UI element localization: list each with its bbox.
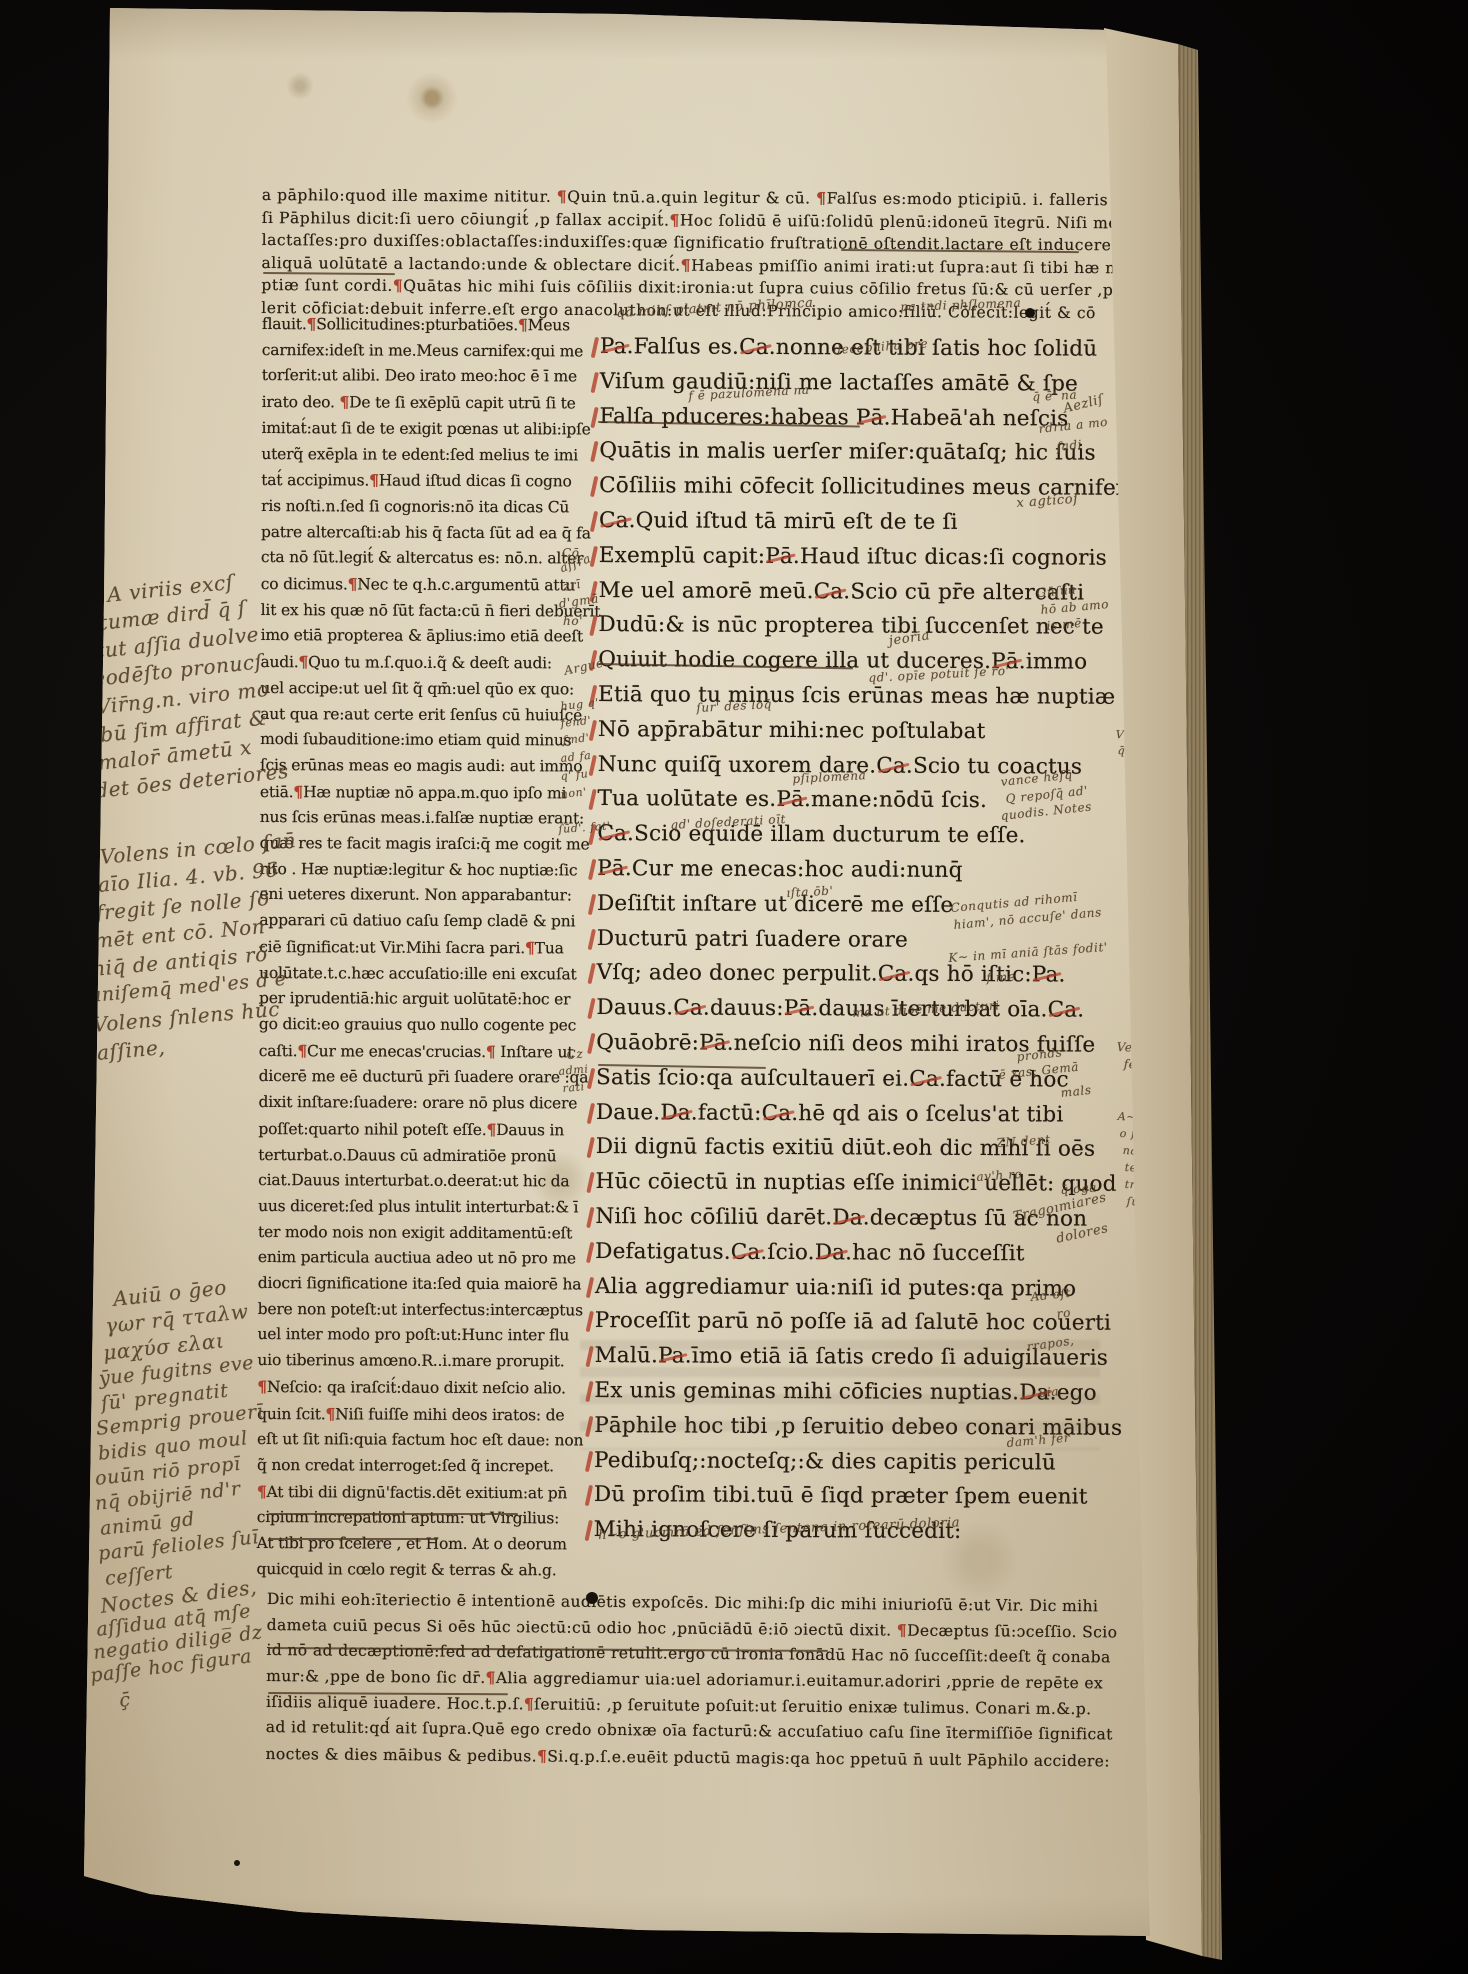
commentary-line: uel inter modo pro poſt:ut:Hunc inter fl…: [257, 1322, 597, 1349]
commentary-line: At tibi pro ſcelere , et Hom. At o deoru…: [257, 1531, 597, 1558]
commentary-line: uolūtate.t.c.hæc accuſatio:ille eni excu…: [259, 961, 599, 988]
commentary-line: carnifex:ideſt in me.Meus carnifex:qui m…: [262, 338, 602, 365]
handwritten-note: f me: [986, 969, 1016, 985]
commentary-line: ¶At tibi dii dignū'factis.dēt exitium:at…: [257, 1479, 597, 1507]
commentary-line: cta nō ſūt.legit́ & altercatus es: nō.n.…: [261, 545, 601, 572]
verse-line: Quātis in malis uerſer miſer:quātaſq; hi…: [593, 434, 1128, 472]
commentary-line: bere non poteſt:ut interfectus:intercæpt…: [258, 1297, 598, 1324]
commentary-line: dicerē me eē ducturū pr̄i ſuadere orare …: [259, 1064, 599, 1091]
commentary-left-column: flauit.¶Sollicitudines:pturbatiōes.¶Meus…: [256, 311, 601, 1584]
ink-dot: [586, 1592, 598, 1604]
handwritten-note: ro: [1056, 1306, 1072, 1321]
commentary-line: quin ſcit.¶Niſi fuiſſe mihi deos iratos:…: [257, 1401, 597, 1429]
verse-line: Pā.Cur me enecas:hoc audi:nunq̄: [591, 852, 1126, 890]
handwritten-note: Cz: [566, 1047, 584, 1062]
commentary-line: eſt ut ſit niſi:quia factum hoc eſt daue…: [257, 1427, 597, 1454]
commentary-line: go dicit:eo grauius quo nullo cogente pe…: [259, 1012, 599, 1039]
commentary-line: patre altercaſti:ab his q̄ facta ſūt ad …: [261, 520, 601, 547]
commentary-line: uio tiberinus amœno.R..i.mare prorupit.: [257, 1348, 597, 1375]
commentary-line: per iprudentiā:hic arguit uolūtatē:hoc e…: [259, 986, 599, 1013]
verse-line: Exemplū capit:Pā.Haud iſtuc dicas:ſi cog…: [593, 539, 1128, 577]
handwritten-note: fadi: [1056, 437, 1083, 454]
handwritten-note: aſſine,: [96, 1035, 166, 1065]
book-page: a pāphilo:quod ille maxime nititur. ¶Qui…: [0, 0, 1468, 1974]
commentary-line: flauit.¶Sollicitudines:pturbatiōes.¶Meus: [262, 311, 602, 339]
commentary-line: quicquid in cœlo regit & terras & ah.g.: [256, 1557, 596, 1584]
commentary-line: ris noſti.n.ſed ſi cognoris:nō ita dicas…: [261, 494, 601, 521]
commentary-line: nus ſcis erūnas meas.i.falſæ nuptiæ eran…: [260, 805, 600, 832]
handwritten-note: admi: [558, 1062, 589, 1078]
verse-line: Vſq; adeo donec perpulit.Ca.qs hō iſtic:…: [591, 956, 1126, 994]
commentary-line: lit ex his quæ nō ſūt facta:cū n̄ fieri …: [261, 598, 601, 625]
commentary-line: cipium increpationi aptum: ut Virgilius:: [257, 1505, 597, 1532]
commentary-line: ciē ſignificat:ut Vir.Mihi ſacra pari.¶T…: [259, 934, 599, 962]
commentary-line: uus diceret:ſed plus intulit interturbat…: [258, 1194, 598, 1221]
verse-line: Proceſſit parū nō poſſe iā ad ſalutē hoc…: [589, 1304, 1124, 1342]
commentary-line: apparari cū datiuo caſu ſemp cladē & pni: [259, 908, 599, 935]
commentary-line: caſti.¶Cur me enecas'crucias.¶ Inſtare u…: [259, 1038, 599, 1066]
verse-line: Etiā quo tu minus ſcis erūnas meas hæ nu…: [592, 678, 1127, 716]
verse-line: Quiuit hodie cogere illa ut duceres.Pā.i…: [592, 643, 1127, 681]
verse-line: Ca.Quid iſtud tā mirū eſt de te ſi: [593, 504, 1128, 542]
handwritten-note: uia: [1038, 1384, 1060, 1400]
commentary-line: modi ſubauditione:imo etiam quid minus: [260, 727, 600, 754]
commentary-line: ter modo nois non exigit additamentū:eſt: [258, 1220, 598, 1247]
commentary-line: quæ res te facit magis iraſci:q̄ me cogi…: [260, 831, 600, 858]
verse-line: Pedibuſq;:nocteſq;:& dies capitis pericu…: [588, 1443, 1123, 1481]
commentary-line: imitat́:aut ſi de te exigit pœnas ut ali…: [261, 416, 601, 443]
commentary-line: uterq̃ exēpla in te edent:ſed melius te …: [261, 442, 601, 469]
commentary-line: co dicimus.¶Nec te q.h.c.argumentū attu: [261, 571, 601, 599]
verse-line: Defatigatus.Ca.ſcio.Da.hac nō ſucceſſit: [589, 1235, 1124, 1273]
verse-line: Dū proſim tibi.tuū ē ſiqd præter ſpem eu…: [588, 1478, 1123, 1516]
verse-right-column: Pa.Falſus es.Ca.nonne eſt tibi ſatis hoc…: [588, 330, 1129, 1551]
commentary-line: rito . Hæ nuptiæ:legitur & hoc nuptiæ:ſi…: [260, 857, 600, 884]
handwritten-note: ho': [563, 614, 583, 628]
ink-dot: [1025, 308, 1035, 318]
commentary-line: terturbat.o.Dauus cū admiratiōe pronū: [258, 1142, 598, 1169]
commentary-line: uel accipe:ut uel ſit q̃ qm̄:uel qūo ex …: [260, 676, 600, 703]
commentary-line: ciat.Dauus interturbat.o.deerat:ut hic d…: [258, 1168, 598, 1195]
commentary-bottom-block: Dic mihi eoh:īteriectio ē intentionē aud…: [265, 1587, 1117, 1774]
commentary-line: aut qua re:aut certe erit ſenſus cū huiu…: [260, 702, 600, 729]
handwritten-note: rati: [562, 1080, 585, 1095]
commentary-line: ¶Neſcio: qa iraſcit́:dauo dixit neſcio a…: [257, 1374, 597, 1402]
commentary-line: ſcis erūnas meas eo magis audi: aut immo: [260, 753, 600, 780]
handwritten-note: ç̄: [118, 1689, 132, 1712]
verse-line: Hūc cōiectū in nuptias eſſe inimici uell…: [589, 1165, 1124, 1203]
commentary-line: imo etiā propterea & āplius:imo etiā dee…: [261, 623, 601, 650]
commentary-line: eni ueteres dixerunt. Non apparabantur:: [259, 882, 599, 909]
commentary-line: dixit inſtare:ſuadere: orare nō plus dic…: [258, 1090, 598, 1117]
commentary-line: enim particula auctiua adeo ut nō pro me: [258, 1245, 598, 1272]
commentary-line: diocri ſignificatione ita:ſed quia maior…: [258, 1271, 598, 1298]
handwritten-note: ıſta ōb': [786, 884, 834, 900]
ink-dot: [234, 1860, 240, 1866]
commentary-line: torſerit:ut alibi. Deo irato meo:hoc ē ī…: [262, 363, 602, 390]
commentary-line: q̃ non credat interroget:ſed q̃ increpet…: [257, 1453, 597, 1480]
commentary-line: irato deo. ¶De te ſi exēplū capit utrū ſ…: [262, 389, 602, 417]
photo-canvas: a pāphilo:quod ille maxime nititur. ¶Qui…: [0, 0, 1468, 1974]
commentary-line: audi.¶Quo tu m.ſ.quo.i.q̃ & deeſt audi:: [260, 649, 600, 677]
handwritten-note: non': [560, 785, 587, 801]
commentary-line: poſſet:quarto nihil poteſt eſſe.¶Dauus i…: [258, 1116, 598, 1144]
commentary-line: etiā.¶Hæ nuptiæ nō appa.m.quo ipſo mi: [260, 779, 600, 807]
verse-line: Daue.Da.factū:Ca.hē qd ais o ſcelus'at t…: [590, 1096, 1125, 1134]
commentary-line: tat́ accipimus.¶Haud iſtud dicas ſi cogn…: [261, 467, 601, 495]
verse-line: Nō app̄rabātur mihi:nec poſtulabat: [592, 713, 1127, 751]
